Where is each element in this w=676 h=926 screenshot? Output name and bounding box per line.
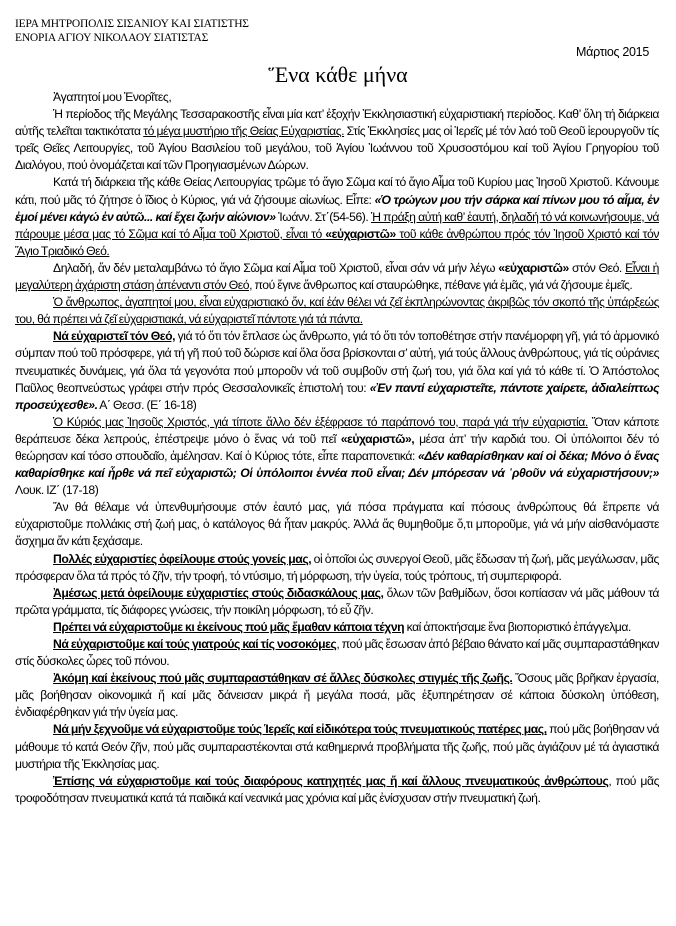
- emphasis-text: «εὐχαριστῶ»,: [341, 432, 415, 446]
- scripture-reference: Α΄ Θεσσ. (Ε΄ 16-18): [98, 398, 197, 412]
- paragraph-4: Ὁ ἄνθρωπος, ἀγαπητοί μου, εἶναι εὐχαριστ…: [15, 294, 659, 328]
- document-date: Μάρτιος 2015: [576, 45, 649, 59]
- heading-phrase: Ἀκόμη καί ἐκείνους πού μᾶς συμπαραστάθηκ…: [53, 671, 512, 685]
- heading-phrase: Νά εὐχαριστεῖ τόν Θεό,: [53, 329, 175, 343]
- greeting: Ἀγαπητοί μου Ἐνορῖτες,: [15, 89, 659, 106]
- letterhead: ΙΕΡΑ ΜΗΤΡΟΠΟΛΙΣ ΣΙΣΑΝΙΟΥ ΚΑΙ ΣΙΑΤΙΣΤΗΣ Ε…: [15, 17, 249, 45]
- paragraph-13: Νά μήν ξεχνοῦμε νά εὐχαριστοῦμε τούς Ἱερ…: [15, 721, 659, 772]
- paragraph-8: Πολλές εὐχαριστίες ὀφείλουμε στούς γονεί…: [15, 551, 659, 585]
- paragraph-3: Δηλαδή, ἄν δέν μεταλαμβάνω τό ἅγιο Σῶμα …: [15, 260, 659, 294]
- document-title: Ἕνα κάθε μήνα: [0, 62, 676, 88]
- underlined-text: Ὁ ἄνθρωπος, ἀγαπητοί μου, εἶναι εὐχαριστ…: [15, 295, 659, 326]
- emphasis-text: «εὐχαριστῶ»: [498, 261, 569, 275]
- emphasis-text: «εὐχαριστῶ»: [325, 227, 396, 241]
- paragraph-14: Ἐπίσης νά εὐχαριστοῦμε καί τούς διαφόρου…: [15, 773, 659, 807]
- document-page: ΙΕΡΑ ΜΗΤΡΟΠΟΛΙΣ ΣΙΣΑΝΙΟΥ ΚΑΙ ΣΙΑΤΙΣΤΗΣ Ε…: [0, 0, 676, 926]
- paragraph-2: Κατά τή διάρκεια τῆς κάθε Θείας Λειτουργ…: [15, 174, 659, 259]
- text: πού ἔγινε ἄνθρωπος καί σταυρώθηκε, πέθαν…: [252, 278, 632, 292]
- underlined-text: τό μέγα μυστήριο τῆς Θείας Εὐχαριστίας.: [143, 124, 344, 138]
- heading-phrase: Πρέπει νά εὐχαριστοῦμε κι ἐκείνους πού μ…: [53, 620, 404, 634]
- heading-phrase: Νά μήν ξεχνοῦμε νά εὐχαριστοῦμε τούς Ἱερ…: [53, 722, 547, 736]
- text: στόν Θεό.: [569, 261, 625, 275]
- scripture-reference: Ἰωάνν. Στ΄(54-56).: [276, 210, 371, 224]
- paragraph-11: Νά εὐχαριστοῦμε καί τούς γιατρούς καί τί…: [15, 636, 659, 670]
- paragraph-1: Ἡ περίοδος τῆς Μεγάλης Τεσσαρακοστῆς εἶν…: [15, 106, 659, 174]
- underlined-text: Ὁ Κύριός μας Ἰησοῦς Χριστός, γιά τίποτε …: [53, 415, 588, 429]
- heading-phrase: Ἐπίσης νά εὐχαριστοῦμε καί τούς διαφόρου…: [53, 774, 608, 788]
- paragraph-12: Ἀκόμη καί ἐκείνους πού μᾶς συμπαραστάθηκ…: [15, 670, 659, 721]
- text: καί ἀποκτήσαμε ἕνα βιοποριστικό ἐπάγγελμ…: [404, 620, 631, 634]
- heading-phrase: Νά εὐχαριστοῦμε καί τούς γιατρούς καί τί…: [53, 637, 336, 651]
- paragraph-10: Πρέπει νά εὐχαριστοῦμε κι ἐκείνους πού μ…: [15, 619, 659, 636]
- document-body: Ἀγαπητοί μου Ἐνορῖτες, Ἡ περίοδος τῆς Με…: [15, 89, 659, 807]
- paragraph-9: Ἀμέσως μετά ὀφείλουμε εὐχαριστίες στούς …: [15, 585, 659, 619]
- paragraph-6: Ὁ Κύριός μας Ἰησοῦς Χριστός, γιά τίποτε …: [15, 414, 659, 499]
- paragraph-7: Ἄν θά θέλαμε νά ὑπενθυμήσουμε στόν ἑαυτό…: [15, 499, 659, 550]
- parish-name: ΕΝΟΡΙΑ ΑΓΙΟΥ ΝΙΚΟΛΑΟΥ ΣΙΑΤΙΣΤΑΣ: [15, 31, 249, 45]
- paragraph-5: Νά εὐχαριστεῖ τόν Θεό, γιά τό ὅτι τόν ἔπ…: [15, 328, 659, 413]
- heading-phrase: Ἀμέσως μετά ὀφείλουμε εὐχαριστίες στούς …: [53, 586, 383, 600]
- metropolis-name: ΙΕΡΑ ΜΗΤΡΟΠΟΛΙΣ ΣΙΣΑΝΙΟΥ ΚΑΙ ΣΙΑΤΙΣΤΗΣ: [15, 17, 249, 31]
- text: Δηλαδή, ἄν δέν μεταλαμβάνω τό ἅγιο Σῶμα …: [53, 261, 498, 275]
- text: Ἄν θά θέλαμε νά ὑπενθυμήσουμε στόν ἑαυτό…: [15, 500, 659, 548]
- scripture-reference: Λουκ. ΙΖ΄ (17-18): [15, 483, 98, 497]
- heading-phrase: Πολλές εὐχαριστίες ὀφείλουμε στούς γονεί…: [53, 552, 311, 566]
